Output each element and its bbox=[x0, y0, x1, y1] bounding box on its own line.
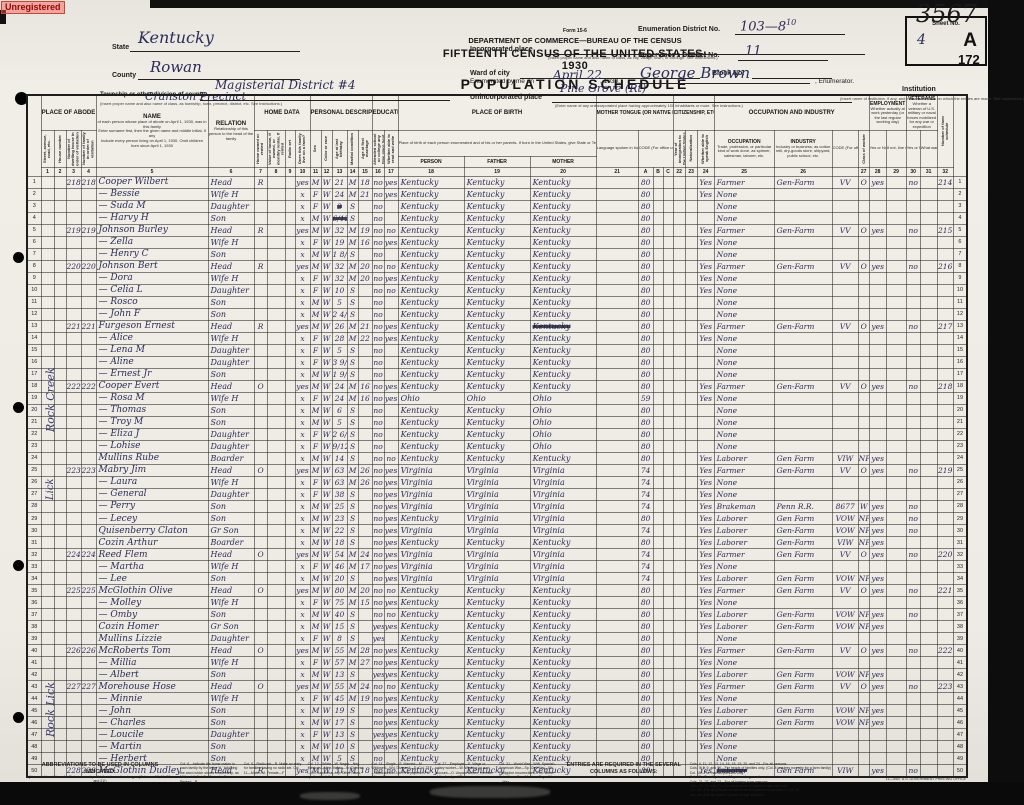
cell-code: 80 bbox=[638, 657, 653, 669]
cell-dwelling: 219 bbox=[66, 224, 81, 236]
cell-owned bbox=[254, 476, 267, 488]
cell-worker_class: O bbox=[858, 681, 869, 693]
cell-occ_code bbox=[832, 404, 858, 416]
cell-occupation: Farmer bbox=[714, 549, 774, 561]
cell-empty bbox=[886, 356, 906, 368]
cell-empty bbox=[285, 525, 295, 537]
cell-read_write bbox=[384, 368, 398, 380]
cell-owned bbox=[254, 537, 267, 549]
cell-empty bbox=[267, 657, 285, 669]
cell-empty bbox=[267, 500, 285, 512]
cell-name: — Loucile bbox=[96, 729, 208, 741]
cell-marital: S bbox=[347, 573, 358, 585]
cell-worker_class: O bbox=[858, 645, 869, 657]
cell-empty bbox=[267, 452, 285, 464]
cell-sex: F bbox=[310, 693, 321, 705]
cell-sex: M bbox=[310, 621, 321, 633]
cell-read_write: yes bbox=[384, 705, 398, 717]
cell-occ_code: 8677 bbox=[832, 500, 858, 512]
cell-age_married: 22 bbox=[358, 332, 372, 344]
cell-empty bbox=[54, 633, 66, 645]
cell-relation: Son bbox=[208, 212, 254, 224]
cell-owned: O bbox=[254, 585, 267, 597]
cell-occ_code bbox=[832, 296, 858, 308]
cell-read_write: yes bbox=[384, 561, 398, 573]
cell-relation: Son bbox=[208, 705, 254, 717]
cell-relation: Daughter bbox=[208, 440, 254, 452]
cell-empty bbox=[663, 416, 673, 428]
cell-empty bbox=[285, 513, 295, 525]
cell-farm_sched: 219 bbox=[937, 464, 953, 476]
cell-relation: Son bbox=[208, 513, 254, 525]
cell-birth_person: Kentucky bbox=[398, 440, 464, 452]
cell-empty bbox=[267, 621, 285, 633]
cell-at_work bbox=[869, 693, 886, 705]
cell-dwelling bbox=[66, 657, 81, 669]
cell-empty bbox=[663, 717, 673, 729]
cell-farm_sched bbox=[937, 717, 953, 729]
cell-empty bbox=[673, 729, 685, 741]
cell-birth_mother: Virginia bbox=[530, 476, 596, 488]
cell-dwelling: 226 bbox=[66, 645, 81, 657]
line-number: 10 bbox=[953, 284, 967, 296]
cell-empty bbox=[285, 729, 295, 741]
cell-empty bbox=[596, 464, 638, 476]
column-number: 3 bbox=[66, 167, 81, 176]
cell-empty bbox=[653, 200, 663, 212]
cell-color: W bbox=[321, 332, 332, 344]
line-number: 11 bbox=[953, 296, 967, 308]
cell-empty bbox=[920, 212, 937, 224]
cell-worker_class bbox=[858, 392, 869, 404]
column-age: Age at last birthday bbox=[332, 130, 347, 167]
cell-dwelling bbox=[66, 248, 81, 260]
cell-age: 23 bbox=[332, 513, 347, 525]
cell-marital: M bbox=[347, 549, 358, 561]
cell-color: W bbox=[321, 224, 332, 236]
cell-worker_class bbox=[858, 296, 869, 308]
cell-empty bbox=[285, 212, 295, 224]
cell-veteran: no bbox=[906, 513, 920, 525]
cell-color: W bbox=[321, 272, 332, 284]
column-war: What war or expedition bbox=[920, 130, 937, 167]
cell-occ_code bbox=[832, 200, 858, 212]
cell-age: 14 bbox=[332, 452, 347, 464]
table-row: 1218218Cooper WilbertHeadRyesMW21M18noye… bbox=[27, 176, 967, 188]
cell-industry: Penn R.R. bbox=[774, 500, 832, 512]
cell-english bbox=[697, 212, 714, 224]
cell-relation: Head bbox=[208, 585, 254, 597]
cell-sex: M bbox=[310, 513, 321, 525]
cell-veteran: no bbox=[906, 224, 920, 236]
cell-family bbox=[81, 284, 96, 296]
cell-marital: M bbox=[347, 236, 358, 248]
cell-empty bbox=[685, 488, 697, 500]
cell-birth_mother: Kentucky bbox=[530, 681, 596, 693]
cell-age_married: 19 bbox=[358, 224, 372, 236]
cell-worker_class bbox=[858, 308, 869, 320]
cell-empty bbox=[653, 248, 663, 260]
scan-artifact bbox=[430, 786, 550, 798]
column-naturalization: Naturalization bbox=[685, 130, 697, 167]
cell-age_married bbox=[358, 609, 372, 621]
line-number: 38 bbox=[27, 621, 41, 633]
cell-code: 80 bbox=[638, 260, 653, 272]
cell-age: 9/12 bbox=[332, 440, 347, 452]
cell-owned bbox=[254, 272, 267, 284]
cell-empty bbox=[685, 248, 697, 260]
cell-empty bbox=[886, 513, 906, 525]
cell-empty bbox=[920, 681, 937, 693]
cell-family bbox=[81, 332, 96, 344]
cell-empty bbox=[886, 573, 906, 585]
cell-name: Mabry Jim bbox=[96, 464, 208, 476]
cell-empty bbox=[685, 332, 697, 344]
cell-industry bbox=[774, 729, 832, 741]
cell-occ_code: VV bbox=[832, 645, 858, 657]
cell-read_write: yes bbox=[384, 272, 398, 284]
cell-sex: M bbox=[310, 669, 321, 681]
cell-school: yes bbox=[372, 669, 384, 681]
cell-school: no bbox=[372, 525, 384, 537]
cell-empty bbox=[267, 404, 285, 416]
cell-empty bbox=[267, 428, 285, 440]
cell-empty bbox=[267, 320, 285, 332]
cell-empty bbox=[663, 236, 673, 248]
cell-birth_mother: Ohio bbox=[530, 428, 596, 440]
cell-name: — General bbox=[96, 488, 208, 500]
cell-english: Yes bbox=[697, 224, 714, 236]
cell-empty bbox=[673, 344, 685, 356]
cell-worker_class: NP bbox=[858, 537, 869, 549]
cell-color: W bbox=[321, 368, 332, 380]
cell-marital: S bbox=[347, 513, 358, 525]
table-row: 16— AlineDaughterxFW3 9/12SnoKentuckyKen… bbox=[27, 356, 967, 368]
cell-name: Mullins Rube bbox=[96, 452, 208, 464]
cell-empty bbox=[285, 176, 295, 188]
cell-sex: F bbox=[310, 344, 321, 356]
cell-occ_code bbox=[832, 392, 858, 404]
cell-industry: Gen Farm bbox=[774, 585, 832, 597]
group-veterans: VETERANS Whether a veteran of U.S. milit… bbox=[906, 95, 937, 130]
cell-at_work: yes bbox=[869, 320, 886, 332]
cell-empty bbox=[267, 729, 285, 741]
cell-industry: Gen-Farm bbox=[774, 621, 832, 633]
cell-family bbox=[81, 705, 96, 717]
cell-birth_father: Kentucky bbox=[464, 645, 530, 657]
table-row: 5219219Johnson BurleyHeadRyesMW32M19nono… bbox=[27, 224, 967, 236]
cell-farm_sched bbox=[937, 236, 953, 248]
cell-empty bbox=[886, 380, 906, 392]
cell-owned bbox=[254, 609, 267, 621]
cell-empty bbox=[596, 404, 638, 416]
cell-empty bbox=[54, 344, 66, 356]
cell-english: Yes bbox=[697, 573, 714, 585]
cell-empty bbox=[285, 236, 295, 248]
cell-farm: x bbox=[295, 537, 310, 549]
cell-empty bbox=[41, 525, 54, 537]
table-row: 39Mullins LizzieDaughterxFW8SyesKentucky… bbox=[27, 633, 967, 645]
cell-birth_person: Kentucky bbox=[398, 729, 464, 741]
cell-birth_father: Ohio bbox=[464, 392, 530, 404]
cell-occupation: Farmer bbox=[714, 464, 774, 476]
cell-industry: Gen Farm bbox=[774, 452, 832, 464]
hole-punch bbox=[13, 712, 24, 723]
table-header: PLACE OF ABODE NAME of each person whose… bbox=[27, 95, 967, 176]
table-row: 3— Suda MDaughterxFW2SnoKentuckyKentucky… bbox=[27, 200, 967, 212]
cell-farm: x bbox=[295, 573, 310, 585]
cell-color: W bbox=[321, 260, 332, 272]
cell-farm_sched bbox=[937, 440, 953, 452]
cell-empty bbox=[596, 561, 638, 573]
cell-occupation: None bbox=[714, 308, 774, 320]
cell-empty bbox=[41, 669, 54, 681]
column-number: 29 bbox=[886, 167, 906, 176]
cell-empty bbox=[285, 308, 295, 320]
cell-color: W bbox=[321, 284, 332, 296]
cell-dwelling bbox=[66, 404, 81, 416]
enumerated-date: April 22 bbox=[553, 68, 602, 82]
cell-empty bbox=[596, 573, 638, 585]
cell-code: 80 bbox=[638, 729, 653, 741]
cell-code: 80 bbox=[638, 645, 653, 657]
cell-farm: x bbox=[295, 248, 310, 260]
cell-school: no bbox=[372, 320, 384, 332]
sheet-letter: A bbox=[963, 30, 977, 52]
enumeration-district-value: 103—810 bbox=[740, 18, 796, 34]
cell-name: — Rosa M bbox=[96, 392, 208, 404]
cell-birth_mother: Virginia bbox=[530, 513, 596, 525]
table-row: 33— MarthaWife HxFW46M17noyesVirginiaVir… bbox=[27, 561, 967, 573]
cell-birth_mother: Kentucky bbox=[530, 717, 596, 729]
cell-empty bbox=[663, 296, 673, 308]
cell-marital: S bbox=[347, 404, 358, 416]
place-of-birth-instructions: Place of birth of each person enumerated… bbox=[398, 130, 596, 156]
cell-farm: x bbox=[295, 236, 310, 248]
cell-empty bbox=[653, 513, 663, 525]
column-worker-class: Class of worker bbox=[858, 130, 869, 167]
cell-empty bbox=[596, 693, 638, 705]
cell-empty bbox=[920, 693, 937, 705]
cell-english: Yes bbox=[697, 597, 714, 609]
group-relation: RELATION Relationship of this person to … bbox=[208, 95, 254, 167]
cell-industry: Gen-Farm bbox=[774, 320, 832, 332]
cell-empty bbox=[663, 308, 673, 320]
cell-empty bbox=[41, 200, 54, 212]
cell-industry: Gen-Farm bbox=[774, 464, 832, 476]
cell-owned bbox=[254, 332, 267, 344]
cell-sex: M bbox=[310, 681, 321, 693]
cell-birth_mother: Kentucky bbox=[530, 248, 596, 260]
cell-worker_class: NP bbox=[858, 669, 869, 681]
cell-occ_code bbox=[832, 741, 858, 753]
cell-birth_person: Virginia bbox=[398, 561, 464, 573]
cell-code: 80 bbox=[638, 356, 653, 368]
cell-family: 225 bbox=[81, 585, 96, 597]
cell-empty bbox=[41, 452, 54, 464]
cell-read_write: yes bbox=[384, 621, 398, 633]
cell-read_write bbox=[384, 404, 398, 416]
cell-at_work bbox=[869, 741, 886, 753]
cell-at_work bbox=[869, 236, 886, 248]
cell-sex: F bbox=[310, 188, 321, 200]
cell-empty bbox=[673, 428, 685, 440]
cell-school: no bbox=[372, 368, 384, 380]
group-place-of-birth: PLACE OF BIRTH bbox=[398, 95, 596, 130]
cell-farm: x bbox=[295, 416, 310, 428]
line-number: 14 bbox=[953, 332, 967, 344]
cell-veteran bbox=[906, 188, 920, 200]
cell-farm_sched bbox=[937, 669, 953, 681]
cell-veteran: no bbox=[906, 525, 920, 537]
cell-sex: F bbox=[310, 332, 321, 344]
cell-empty bbox=[886, 236, 906, 248]
cell-empty bbox=[285, 705, 295, 717]
cell-empty bbox=[663, 176, 673, 188]
cell-empty bbox=[685, 717, 697, 729]
cell-empty bbox=[685, 705, 697, 717]
cell-empty bbox=[41, 561, 54, 573]
line-number: 29 bbox=[27, 513, 41, 525]
line-number: 9 bbox=[953, 272, 967, 284]
cell-empty bbox=[685, 440, 697, 452]
cell-dwelling bbox=[66, 741, 81, 753]
cell-age: 32 bbox=[332, 260, 347, 272]
line-number: 13 bbox=[953, 320, 967, 332]
cell-veteran bbox=[906, 537, 920, 549]
cell-veteran bbox=[906, 573, 920, 585]
cell-occ_code bbox=[832, 212, 858, 224]
cell-age_married bbox=[358, 428, 372, 440]
cell-marital: S bbox=[347, 440, 358, 452]
cell-at_work: yes bbox=[869, 669, 886, 681]
cell-industry: Gen-Farm bbox=[774, 525, 832, 537]
cell-family bbox=[81, 561, 96, 573]
cell-veteran bbox=[906, 693, 920, 705]
cell-dwelling bbox=[66, 212, 81, 224]
cell-marital: M bbox=[347, 392, 358, 404]
cell-empty bbox=[596, 416, 638, 428]
cell-relation: Daughter bbox=[208, 428, 254, 440]
cell-occupation: None bbox=[714, 344, 774, 356]
cell-empty bbox=[653, 176, 663, 188]
cell-empty bbox=[596, 380, 638, 392]
cell-empty bbox=[267, 669, 285, 681]
cell-empty bbox=[596, 645, 638, 657]
cell-industry bbox=[774, 344, 832, 356]
cell-worker_class: NP bbox=[858, 525, 869, 537]
cell-owned: O bbox=[254, 645, 267, 657]
cell-color: W bbox=[321, 392, 332, 404]
cell-birth_father: Kentucky bbox=[464, 308, 530, 320]
cell-birth_father: Kentucky bbox=[464, 416, 530, 428]
cell-dwelling: 220 bbox=[66, 260, 81, 272]
cell-owned bbox=[254, 356, 267, 368]
cell-read_write: no bbox=[384, 284, 398, 296]
cell-marital: S bbox=[347, 296, 358, 308]
line-number: 42 bbox=[953, 669, 967, 681]
cell-age: 2 6/12 bbox=[332, 428, 347, 440]
cell-read_write: yes bbox=[384, 525, 398, 537]
cell-relation: Wife H bbox=[208, 561, 254, 573]
cell-at_work bbox=[869, 296, 886, 308]
cell-empty bbox=[886, 561, 906, 573]
cell-code: 80 bbox=[638, 440, 653, 452]
cell-english: Yes bbox=[697, 561, 714, 573]
cell-birth_person: Kentucky bbox=[398, 597, 464, 609]
cell-empty bbox=[673, 248, 685, 260]
cell-empty bbox=[920, 224, 937, 236]
line-number: 12 bbox=[953, 308, 967, 320]
cell-school: no bbox=[372, 200, 384, 212]
cell-industry: Gen Farm bbox=[774, 717, 832, 729]
cell-family bbox=[81, 488, 96, 500]
cell-birth_person: Kentucky bbox=[398, 669, 464, 681]
cell-owned bbox=[254, 597, 267, 609]
column-number-row: 123456789101112131415161718192021ABC2223… bbox=[27, 167, 967, 176]
cell-owned: O bbox=[254, 549, 267, 561]
cell-name: — John bbox=[96, 705, 208, 717]
cell-dwelling bbox=[66, 621, 81, 633]
cell-school: no bbox=[372, 416, 384, 428]
cell-empty bbox=[653, 597, 663, 609]
cell-school: no bbox=[372, 549, 384, 561]
cell-veteran bbox=[906, 212, 920, 224]
cell-family bbox=[81, 308, 96, 320]
cell-empty bbox=[54, 573, 66, 585]
cell-farm_sched bbox=[937, 633, 953, 645]
column-unemployment-line: If not, line number on Unemployment Sche… bbox=[886, 130, 906, 167]
cell-occ_code: VV bbox=[832, 585, 858, 597]
cell-name: Furgeson Ernest bbox=[96, 320, 208, 332]
cell-at_work bbox=[869, 657, 886, 669]
cell-empty bbox=[596, 621, 638, 633]
cell-occupation: None bbox=[714, 272, 774, 284]
cell-empty bbox=[653, 356, 663, 368]
column-sex: Sex bbox=[310, 130, 321, 167]
cell-birth_person: Virginia bbox=[398, 573, 464, 585]
cell-farm_sched bbox=[937, 284, 953, 296]
group-employment: EMPLOYMENT Whether actually at work yest… bbox=[869, 95, 906, 130]
cell-at_work bbox=[869, 356, 886, 368]
cell-empty bbox=[920, 729, 937, 741]
cell-dwelling bbox=[66, 428, 81, 440]
cell-empty bbox=[673, 452, 685, 464]
cell-at_work: yes bbox=[869, 681, 886, 693]
cell-worker_class bbox=[858, 236, 869, 248]
cell-empty bbox=[267, 549, 285, 561]
field-rule bbox=[735, 33, 845, 35]
cell-name: — Lecey bbox=[96, 513, 208, 525]
cell-farm_sched bbox=[937, 621, 953, 633]
cell-farm: x bbox=[295, 368, 310, 380]
cell-empty bbox=[886, 404, 906, 416]
cell-empty bbox=[285, 597, 295, 609]
column-number: 7 bbox=[254, 167, 267, 176]
cell-empty bbox=[653, 416, 663, 428]
cell-veteran bbox=[906, 717, 920, 729]
cell-empty bbox=[41, 500, 54, 512]
column-number: B bbox=[653, 167, 663, 176]
cell-birth_person: Ohio bbox=[398, 392, 464, 404]
cell-relation: Daughter bbox=[208, 633, 254, 645]
cell-birth_father: Virginia bbox=[464, 549, 530, 561]
cell-empty bbox=[596, 260, 638, 272]
cell-school: no bbox=[372, 681, 384, 693]
cell-empty bbox=[41, 320, 54, 332]
cell-occupation: Laborer bbox=[714, 609, 774, 621]
cell-empty bbox=[54, 500, 66, 512]
